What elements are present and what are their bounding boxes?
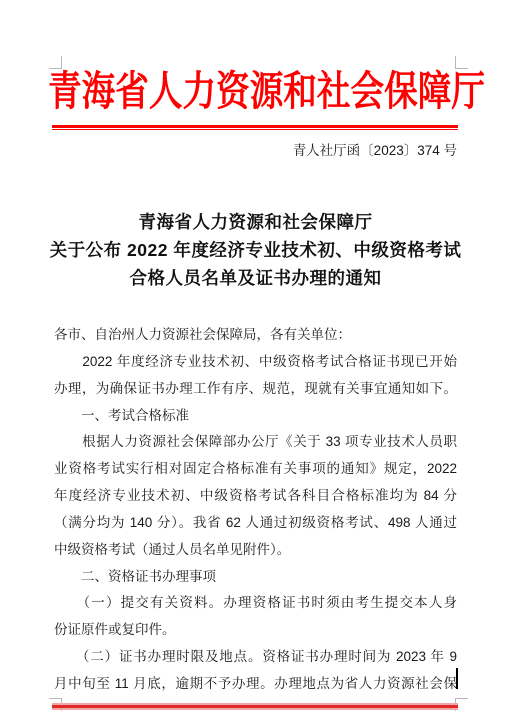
text-cursor <box>456 668 458 689</box>
document-body[interactable]: 各市、自治州人力资源社会保障局，各有关单位： 2022 年度经济专业技术初、中级… <box>54 322 457 698</box>
body-line[interactable]: （一）提交有关资料。办理资格证书时须由考生提交本人身 <box>54 590 457 617</box>
body-line[interactable]: 份证原件或复印件。 <box>54 617 457 644</box>
body-line[interactable]: 二、资格证书办理事项 <box>54 564 457 591</box>
body-line[interactable]: 办理，为确保证书办理工作有序、规范，现就有关事宜通知如下。 <box>54 376 457 403</box>
title-line[interactable]: 关于公布 2022 年度经济专业技术初、中级资格考试 <box>0 236 511 264</box>
letterhead-org-name[interactable]: 青海省人力资源和社会保障厅 <box>0 68 511 114</box>
footer-divider-line <box>52 703 458 710</box>
document-page: 青海省人力资源和社会保障厅 青人社厅函〔2023〕374 号 青海省人力资源和社… <box>0 0 511 726</box>
body-line[interactable]: 中级资格考试（通过人员名单见附件）。 <box>54 537 457 564</box>
body-line[interactable]: （二）证书办理时限及地点。资格证书办理时间为 2023 年 9 <box>54 644 457 671</box>
body-line[interactable]: 2022 年度经济专业技术初、中级资格考试合格证书现已开始 <box>54 349 457 376</box>
body-line[interactable]: 各市、自治州人力资源社会保障局，各有关单位： <box>54 322 457 349</box>
body-line[interactable]: 一、考试合格标准 <box>54 403 457 430</box>
body-line[interactable]: 根据人力资源社会保障部办公厅《关于 33 项专业技术人员职 <box>54 429 457 456</box>
body-line[interactable]: 月中旬至 11 月底，逾期不予办理。办理地点为省人力资源社会保 <box>54 671 457 698</box>
title-line[interactable]: 青海省人力资源和社会保障厅 <box>0 208 511 236</box>
document-number[interactable]: 青人社厅函〔2023〕374 号 <box>293 142 457 160</box>
document-title[interactable]: 青海省人力资源和社会保障厅关于公布 2022 年度经济专业技术初、中级资格考试合… <box>0 208 511 292</box>
body-line[interactable]: 年度经济专业技术初、中级资格考试各科目合格标准均为 84 分 <box>54 483 457 510</box>
letterhead-org-name-text: 青海省人力资源和社会保障厅 <box>48 68 485 114</box>
title-line[interactable]: 合格人员名单及证书办理的通知 <box>0 264 511 292</box>
body-line[interactable]: （满分均为 140 分）。我省 62 人通过初级资格考试、498 人通过 <box>54 510 457 537</box>
letterhead-divider-line <box>52 125 458 130</box>
body-line[interactable]: 业资格考试实行相对固定合格标准有关事项的通知》规定，2022 <box>54 456 457 483</box>
